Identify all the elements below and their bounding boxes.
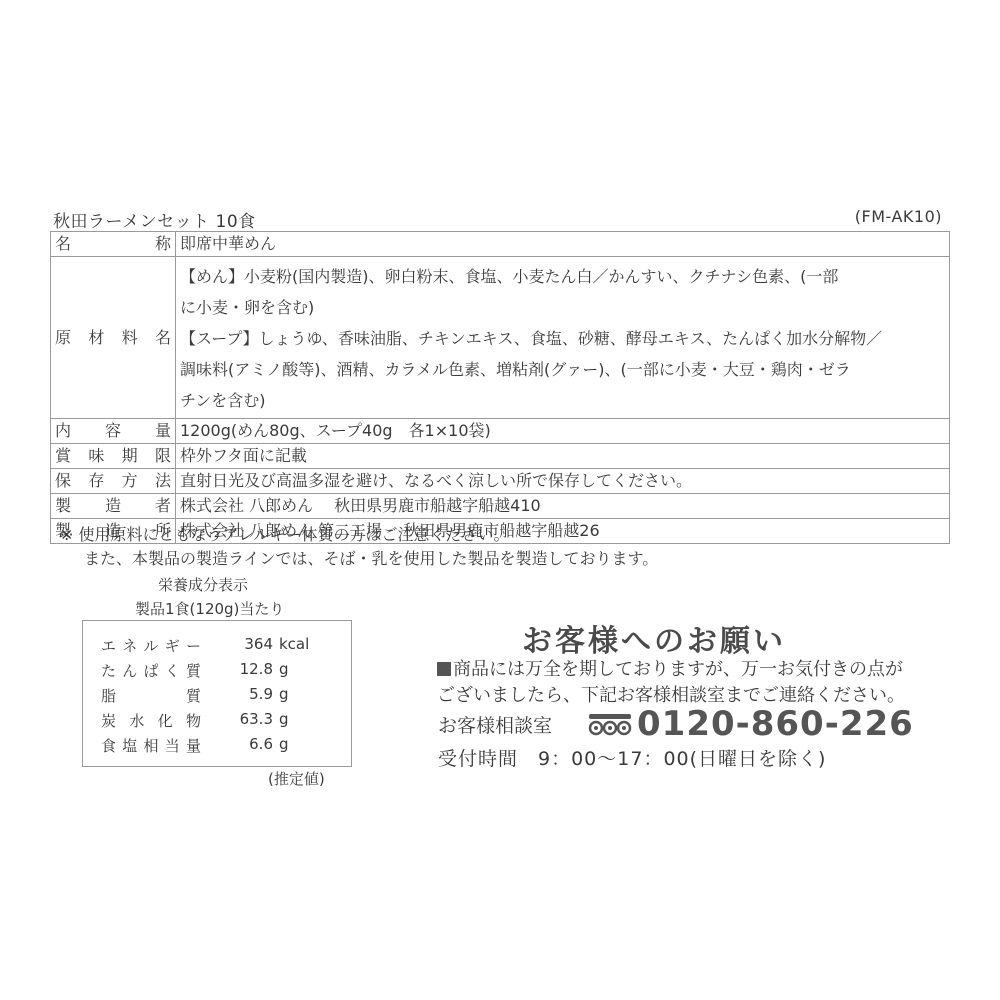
free-dial-icon: [588, 712, 632, 738]
label-char: く: [165, 660, 180, 681]
nutrition-unit: g: [279, 710, 289, 728]
product-code: (FM-AK10): [855, 207, 942, 226]
label-char: 水: [129, 710, 144, 731]
label-char: 質: [186, 685, 201, 706]
label-char: 造: [105, 494, 121, 518]
table-row-name: 名 称 即席中華めん: [51, 232, 950, 257]
nutrition-unit: g: [279, 685, 289, 703]
nutrition-value: 6.6: [213, 735, 273, 753]
label-char: 食: [101, 735, 116, 756]
nutrition-value: 63.3: [213, 710, 273, 728]
allergy-note: ※ 使用原料にともなうアレルギー体質の方はご注意ください。: [60, 522, 509, 545]
label-char: 量: [155, 419, 171, 443]
ingredient-line: 【めん】小麦粉(国内製造)、卵白粉末、食塩、小麦たん白／かんすい、クチナシ色素、…: [180, 261, 945, 292]
label-char: 塩: [122, 735, 137, 756]
row-value: 即席中華めん: [176, 232, 950, 257]
label-char: た: [101, 660, 116, 681]
square-bullet-icon: [437, 662, 451, 676]
label-char: 方: [122, 469, 138, 493]
row-label: 賞 味 期 限: [51, 444, 176, 469]
label-char: 製: [55, 494, 71, 518]
table-row-contents: 内 容 量 1200g(めん80g、スープ40g 各1×10袋): [51, 419, 950, 444]
table-row-best-before: 賞 味 期 限 枠外フタ面に記載: [51, 444, 950, 469]
row-label: 原 材 料 名: [51, 257, 176, 419]
label-char: 内: [55, 419, 71, 443]
label-char: 容: [105, 419, 121, 443]
label-char: ル: [143, 635, 158, 656]
nutrition-estimate-note: (推定値): [268, 768, 325, 789]
nutrition-row-energy: エ ネ ル ギ ー 364 kcal: [101, 635, 331, 659]
label-char: 脂: [101, 685, 116, 706]
row-label: 保 存 方 法: [51, 469, 176, 494]
label-char: ー: [186, 635, 201, 656]
label-char: 質: [186, 660, 201, 681]
customer-request-body: 商品には万全を期しておりますが、万一お気付きの点が ございましたら、下記お客様相…: [437, 657, 905, 709]
nutrition-unit: g: [279, 735, 289, 753]
label-char: 味: [88, 444, 104, 468]
nutrition-value: 5.9: [213, 685, 273, 703]
label-char: 存: [88, 469, 104, 493]
label-char: ネ: [122, 635, 137, 656]
label-char: 名: [55, 232, 71, 256]
label-char: エ: [101, 635, 116, 656]
nutrition-row-fat: 脂 質 5.9 g: [101, 685, 331, 709]
label-char: 名: [155, 326, 171, 350]
row-label: 名 称: [51, 232, 176, 257]
label-char: 当: [165, 735, 180, 756]
label-char: 物: [186, 710, 201, 731]
ingredient-line: チンを含む): [180, 385, 945, 416]
label-char: ギ: [165, 635, 180, 656]
row-value: 株式会社 八郎めん 秋田県男鹿市船越字船越410: [176, 494, 950, 519]
table-row-ingredients: 原 材 料 名 【めん】小麦粉(国内製造)、卵白粉末、食塩、小麦たん白／かんすい…: [51, 257, 950, 419]
label-char: 化: [158, 710, 173, 731]
label-char: 期: [122, 444, 138, 468]
label-char: 法: [155, 469, 171, 493]
request-line: 商品には万全を期しておりますが、万一お気付きの点が: [453, 659, 903, 680]
customer-request-title: お客様へのお願い: [522, 616, 786, 660]
nutrition-row-protein: た ん ぱ く 質 12.8 g: [101, 660, 331, 684]
table-row-storage: 保 存 方 法 直射日光及び高温多湿を避け、なるべく涼しい所で保存してください。: [51, 469, 950, 494]
row-value: 枠外フタ面に記載: [176, 444, 950, 469]
nutrition-row-salt: 食 塩 相 当 量 6.6 g: [101, 735, 331, 759]
production-line-note: また、本製品の製造ラインでは、そば・乳を使用した製品を製造しております。: [84, 546, 658, 569]
label-char: ん: [122, 660, 137, 681]
ingredient-line: に小麦・卵を含む): [180, 292, 945, 323]
row-value: 1200g(めん80g、スープ40g 各1×10袋): [176, 419, 950, 444]
row-value: 直射日光及び高温多湿を避け、なるべく涼しい所で保存してください。: [176, 469, 950, 494]
ingredient-line: 【スープ】しょうゆ、香味油脂、チキンエキス、食塩、砂糖、酵母エキス、たんぱく加水…: [180, 323, 945, 354]
nutrition-row-carbohydrate: 炭 水 化 物 63.3 g: [101, 710, 331, 734]
ingredient-line: 調味料(アミノ酸等)、酒精、カラメル色素、増粘剤(グァー)、(一部に小麦・大豆・…: [180, 354, 945, 385]
label-char: 量: [186, 735, 201, 756]
label-char: 保: [55, 469, 71, 493]
label-char: 原: [55, 326, 71, 350]
reception-hours: 受付時間 9：00～17：00(日曜日を除く): [438, 744, 826, 771]
label-char: ぱ: [143, 660, 158, 681]
label-char: 称: [155, 232, 171, 256]
nutrition-unit: kcal: [279, 635, 309, 653]
nutrition-value: 364: [213, 635, 273, 653]
nutrition-unit: g: [279, 660, 289, 678]
label-char: 料: [122, 326, 138, 350]
contact-label: お客様相談室: [438, 711, 552, 738]
phone-number[interactable]: 0120-860-226: [637, 704, 914, 744]
label-char: 者: [155, 494, 171, 518]
row-value: 【めん】小麦粉(国内製造)、卵白粉末、食塩、小麦たん白／かんすい、クチナシ色素、…: [176, 257, 950, 419]
nutrition-basis: 製品1食(120g)当たり: [135, 598, 284, 619]
row-label: 内 容 量: [51, 419, 176, 444]
label-char: 相: [143, 735, 158, 756]
nutrition-title: 栄養成分表示: [158, 574, 248, 595]
table-row-manufacturer: 製 造 者 株式会社 八郎めん 秋田県男鹿市船越字船越410: [51, 494, 950, 519]
nutrition-value: 12.8: [213, 660, 273, 678]
label-char: 限: [155, 444, 171, 468]
label-char: 賞: [55, 444, 71, 468]
row-label: 製 造 者: [51, 494, 176, 519]
spec-table: 名 称 即席中華めん 原 材 料 名 【めん】小麦粉(国内製造)、卵白粉末、食塩…: [50, 231, 950, 544]
label-char: 炭: [101, 710, 116, 731]
nutrition-box: エ ネ ル ギ ー 364 kcal た ん ぱ く 質 12.8 g 脂 質 …: [82, 620, 352, 767]
product-title: 秋田ラーメンセット 10食: [53, 207, 256, 232]
label-char: 材: [88, 326, 104, 350]
